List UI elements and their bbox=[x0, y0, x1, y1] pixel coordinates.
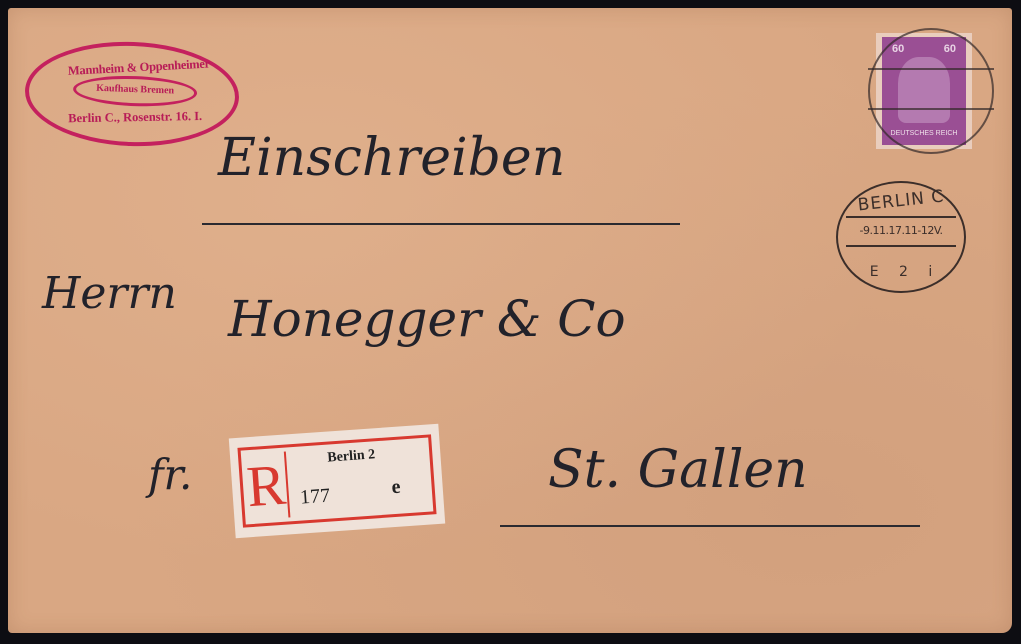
stamp-cancellation-mark bbox=[868, 28, 994, 154]
postmark-code-center: 2 bbox=[899, 264, 908, 280]
registration-label: R Berlin 2 177 e bbox=[229, 424, 445, 538]
addressee: Honegger & Co bbox=[228, 290, 626, 348]
postmark-divider bbox=[846, 245, 956, 247]
registration-r-icon: R bbox=[244, 451, 291, 520]
address-prefix: fr. bbox=[148, 450, 192, 499]
registration-office: Berlin 2 bbox=[327, 447, 376, 466]
postmark-code-right: i bbox=[928, 264, 932, 280]
sender-store: Kaufhaus Bremen bbox=[76, 82, 194, 97]
postmark-code-left: E bbox=[870, 264, 879, 280]
heading-underline bbox=[202, 223, 680, 225]
postmark-divider bbox=[846, 216, 956, 218]
cancel-bar bbox=[868, 68, 994, 70]
postmark-codes: E 2 i bbox=[838, 264, 964, 280]
salutation: Herrn bbox=[42, 268, 177, 319]
postmark-date: -9.11.17.11-12V. bbox=[838, 224, 964, 237]
postmark: BERLIN C -9.11.17.11-12V. E 2 i bbox=[836, 181, 966, 293]
sender-inner-oval: Kaufhaus Bremen bbox=[73, 74, 198, 108]
destination-city: St. Gallen bbox=[548, 440, 808, 500]
city-underline bbox=[500, 525, 920, 527]
cancel-bar bbox=[868, 108, 994, 110]
registration-number: 177 bbox=[299, 485, 331, 510]
registration-label-border: R Berlin 2 177 e bbox=[237, 434, 436, 527]
heading-einschreiben: Einschreiben bbox=[218, 128, 565, 188]
sender-company-stamp: Mannheim & Oppenheimer Kaufhaus Bremen B… bbox=[23, 38, 240, 149]
registration-suffix: e bbox=[391, 476, 401, 500]
sender-address: Berlin C., Rosenstr. 16. I. bbox=[38, 108, 232, 126]
